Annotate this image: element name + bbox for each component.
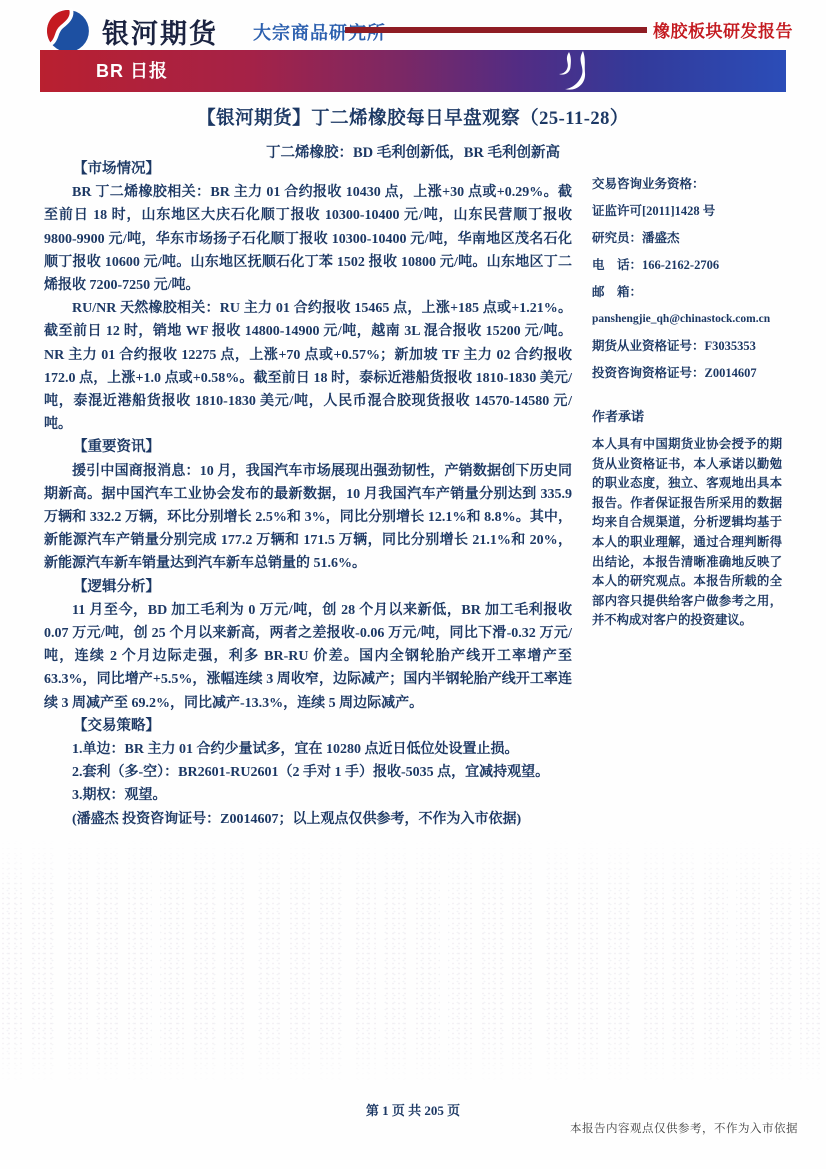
footer-disclaimer: 本报告内容观点仅供参考，不作为入市依据 <box>570 1120 798 1136</box>
scan-watermark <box>0 836 826 1084</box>
main-column: 【市场情况】 BR 丁二烯橡胶相关：BR 主力 01 合约报收 10430 点，… <box>44 158 572 831</box>
phone: 电 话：166-2162-2706 <box>592 257 782 274</box>
author-promise-text: 本人具有中国期货业协会授予的期货从业资格证书，本人承诺以勤勉的职业态度，独立、客… <box>592 435 782 631</box>
paragraph: 11 月至今，BD 加工毛利为 0 万元/吨，创 28 个月以来新低，BR 加工… <box>44 599 572 715</box>
paragraph: BR 丁二烯橡胶相关：BR 主力 01 合约报收 10430 点，上涨+30 点… <box>44 181 572 297</box>
email-label: 邮 箱： <box>592 284 782 301</box>
paragraph: RU/NR 天然橡胶相关：RU 主力 01 合约报收 15465 点，上涨+18… <box>44 297 572 436</box>
page-number: 第 1 页 共 205 页 <box>0 1100 826 1119</box>
section-heading: 【逻辑分析】 <box>44 576 572 599</box>
report-page: 银河期货 大宗商品研究所 橡胶板块研发报告 BR 日报 【银河期货】丁二烯橡胶每… <box>0 0 826 1169</box>
banner-title: BR 日报 <box>96 50 168 92</box>
paragraph: 3.期权：观望。 <box>44 784 572 807</box>
content: 【市场情况】 BR 丁二烯橡胶相关：BR 主力 01 合约报收 10430 点，… <box>44 158 786 831</box>
section-logic: 【逻辑分析】 11 月至今，BD 加工毛利为 0 万元/吨，创 28 个月以来新… <box>44 576 572 715</box>
section-heading: 【市场情况】 <box>44 158 572 181</box>
section-news: 【重要资讯】 援引中国商报消息：10 月，我国汽车市场展现出强劲韧性，产销数据创… <box>44 436 572 575</box>
paragraph: (潘盛杰 投资咨询证号：Z0014607；以上观点仅供参考，不作为入市依据) <box>44 808 572 831</box>
page-title: 【银河期货】丁二烯橡胶每日早盘观察（25-11-28） <box>0 104 826 130</box>
author-promise-title: 作者承诺 <box>592 406 782 425</box>
galaxy-swoosh-icon <box>44 8 92 54</box>
license-number: 证监许可[2011]1428 号 <box>592 203 782 220</box>
paragraph: 1.单边：BR 主力 01 合约少量试多，宜在 10280 点近日低位处设置止损… <box>44 738 572 761</box>
futures-cert: 期货从业资格证号：F3035353 <box>592 338 782 355</box>
email-value: panshengjie_qh@chinastock.com.cn <box>592 311 782 328</box>
researcher: 研究员：潘盛杰 <box>592 230 782 247</box>
section-market: 【市场情况】 BR 丁二烯橡胶相关：BR 主力 01 合约报收 10430 点，… <box>44 158 572 436</box>
section-strategy: 【交易策略】 1.单边：BR 主力 01 合约少量试多，宜在 10280 点近日… <box>44 715 572 831</box>
swoosh-icon <box>556 51 590 91</box>
qualification-title: 交易咨询业务资格： <box>592 176 782 193</box>
paragraph: 援引中国商报消息：10 月，我国汽车市场展现出强劲韧性，产销数据创下历史同期新高… <box>44 460 572 576</box>
report-tag: 橡胶板块研发报告 <box>653 17 793 42</box>
section-heading: 【重要资讯】 <box>44 436 572 459</box>
paragraph: 2.套利（多-空）：BR2601-RU2601（2 手对 1 手）报收-5035… <box>44 761 572 784</box>
sidebar: 交易咨询业务资格： 证监许可[2011]1428 号 研究员：潘盛杰 电 话：1… <box>592 158 782 831</box>
section-heading: 【交易策略】 <box>44 715 572 738</box>
header-divider <box>345 27 647 33</box>
banner: BR 日报 <box>40 50 786 92</box>
brand-name: 银河期货 <box>102 12 218 51</box>
advisory-cert: 投资咨询资格证号：Z0014607 <box>592 365 782 382</box>
